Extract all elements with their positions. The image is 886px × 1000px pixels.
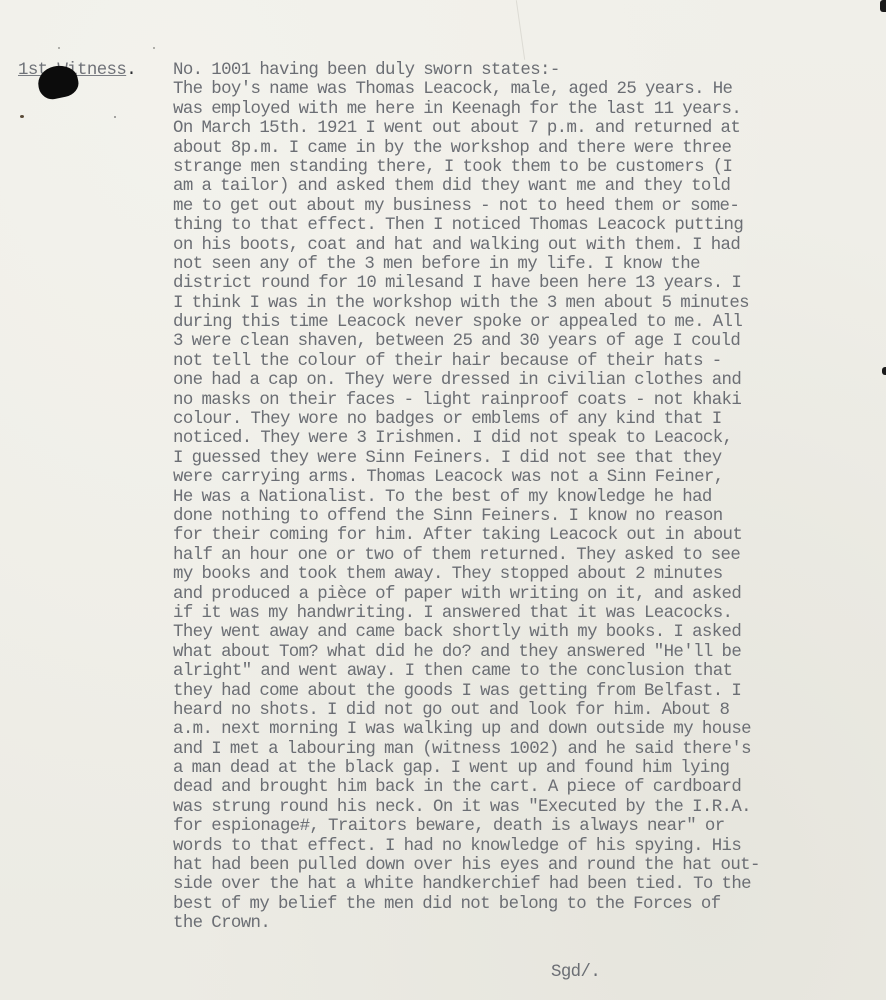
testimony-body: No. 1001 having been duly sworn states:-…: [173, 61, 886, 934]
text-line: The boy's name was Thomas Leacock, male,…: [173, 80, 886, 99]
text-line: my books and took them away. They stoppe…: [173, 565, 886, 584]
ink-speck: [114, 116, 116, 118]
text-line: strange men standing there, I took them …: [173, 158, 886, 177]
text-line: was strung round his neck. On it was "Ex…: [173, 798, 886, 817]
ink-speck: [153, 47, 155, 49]
text-line: side over the hat a white handkerchief h…: [173, 875, 886, 894]
edge-mark: [880, 0, 886, 12]
text-line: a man dead at the black gap. I went up a…: [173, 759, 886, 778]
signature: Sgd/.: [551, 963, 600, 982]
text-line: best of my belief the men did not belong…: [173, 895, 886, 914]
text-line: was employed with me here in Keenagh for…: [173, 100, 886, 119]
text-line: were carrying arms. Thomas Leacock was n…: [173, 468, 886, 487]
text-line: on his boots, coat and hat and walking o…: [173, 236, 886, 255]
text-line: am a tailor) and asked them did they wan…: [173, 177, 886, 196]
text-line: heard no shots. I did not go out and loo…: [173, 701, 886, 720]
text-line: the Crown.: [173, 914, 886, 933]
text-line: colour. They wore no badges or emblems o…: [173, 410, 886, 429]
text-line: a.m. next morning I was walking up and d…: [173, 720, 886, 739]
text-line: not tell the colour of their hair becaus…: [173, 352, 886, 371]
text-line: He was a Nationalist. To the best of my …: [173, 488, 886, 507]
text-line: words to that effect. I had no knowledge…: [173, 837, 886, 856]
ink-speck: [20, 115, 24, 118]
text-line: and I met a labouring man (witness 1002)…: [173, 740, 886, 759]
text-line: for their coming for him. After taking L…: [173, 526, 886, 545]
text-line: not seen any of the 3 men before in my l…: [173, 255, 886, 274]
text-line: half an hour one or two of them returned…: [173, 546, 886, 565]
text-line: they had come about the goods I was gett…: [173, 682, 886, 701]
text-line: during this time Leacock never spoke or …: [173, 313, 886, 332]
text-line: district round for 10 milesand I have be…: [173, 274, 886, 293]
text-line: On March 15th. 1921 I went out about 7 p…: [173, 119, 886, 138]
text-line: thing to that effect. Then I noticed Tho…: [173, 216, 886, 235]
witness-label-terminator: .: [126, 61, 136, 80]
text-line: I think I was in the workshop with the 3…: [173, 294, 886, 313]
text-line: if it was my handwriting. I answered tha…: [173, 604, 886, 623]
text-line: I guessed they were Sinn Feiners. I did …: [173, 449, 886, 468]
text-line: no masks on their faces - light rainproo…: [173, 391, 886, 410]
text-line: me to get out about my business - not to…: [173, 197, 886, 216]
text-line: noticed. They were 3 Irishmen. I did not…: [173, 429, 886, 448]
text-line: done nothing to offend the Sinn Feiners.…: [173, 507, 886, 526]
text-line: about 8p.m. I came in by the workshop an…: [173, 139, 886, 158]
text-line: one had a cap on. They were dressed in c…: [173, 371, 886, 390]
text-line: and produced a pièce of paper with writi…: [173, 585, 886, 604]
text-line: dead and brought him back in the cart. A…: [173, 778, 886, 797]
text-line: what about Tom? what did he do? and they…: [173, 643, 886, 662]
text-line: hat had been pulled down over his eyes a…: [173, 856, 886, 875]
text-line: for espionage#, Traitors beware, death i…: [173, 817, 886, 836]
text-line: No. 1001 having been duly sworn states:-: [173, 61, 886, 80]
text-line: They went away and came back shortly wit…: [173, 623, 886, 642]
text-line: alright" and went away. I then came to t…: [173, 662, 886, 681]
ink-speck: [58, 47, 60, 49]
text-line: 3 were clean shaven, between 25 and 30 y…: [173, 332, 886, 351]
